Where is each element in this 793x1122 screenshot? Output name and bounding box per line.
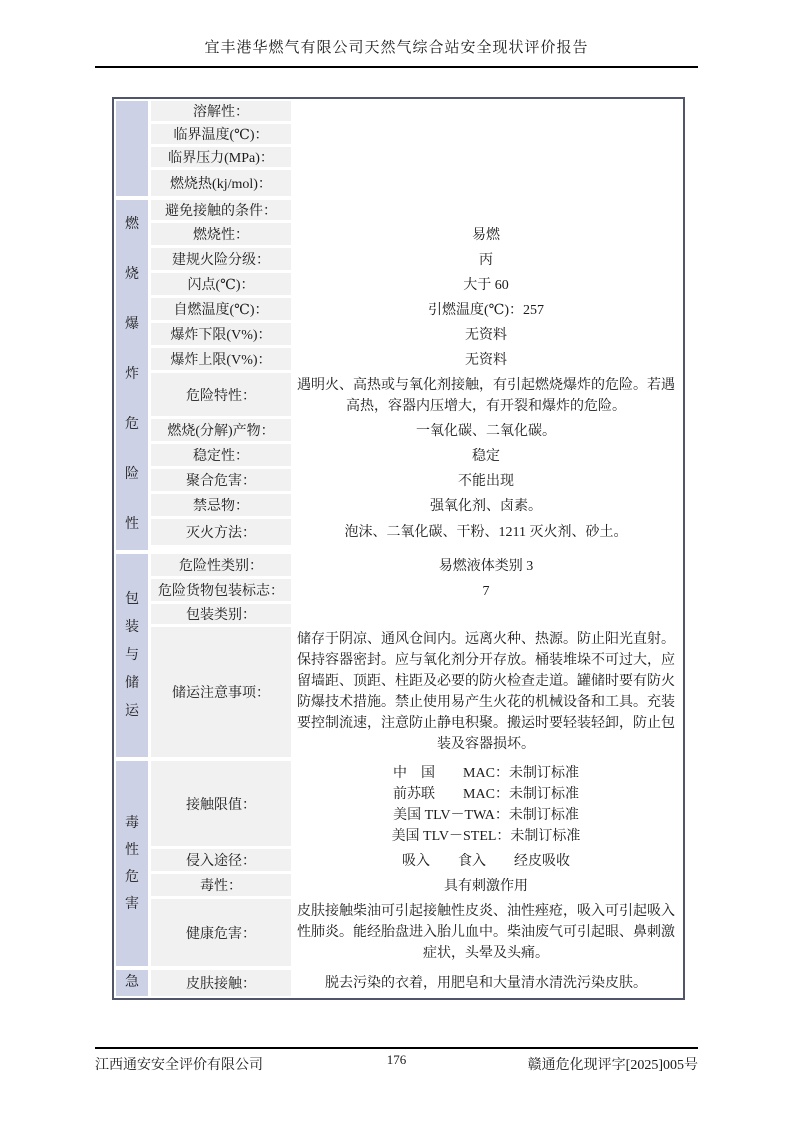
section-rows: 接触限值： 中 国 MAC：未制订标准 前苏联 MAC：未制订标准 美国 TLV… (151, 761, 681, 966)
row-value: 吸入 食入 经皮吸收 (291, 849, 681, 874)
section-category-label: 包装与储运 (125, 586, 140, 726)
row-label: 包装类别： (151, 604, 291, 627)
row-value: 大于 60 (291, 273, 681, 298)
row-value: 一氧化碳、二氧化碳。 (291, 419, 681, 444)
table-row: 燃烧性： 易燃 (151, 223, 681, 248)
table-row: 爆炸下限(V%)： 无资料 (151, 323, 681, 348)
footer-divider (95, 1047, 698, 1049)
row-label: 燃烧性： (151, 223, 291, 248)
section-category-cell: 燃烧爆炸危险性 (116, 200, 151, 550)
row-value: 7 (291, 579, 681, 604)
table-row: 接触限值： 中 国 MAC：未制订标准 前苏联 MAC：未制订标准 美国 TLV… (151, 761, 681, 849)
table-row: 溶解性： (151, 101, 681, 124)
row-label: 稳定性： (151, 444, 291, 469)
table-row: 避免接触的条件： (151, 200, 681, 223)
table-row: 闪点(℃)： 大于 60 (151, 273, 681, 298)
row-value: 丙 (291, 248, 681, 273)
row-label: 灭火方法： (151, 519, 291, 545)
row-label: 危险货物包装标志： (151, 579, 291, 604)
row-label: 燃烧(分解)产物： (151, 419, 291, 444)
row-value (291, 200, 681, 223)
section-rows: 危险性类别： 易燃液体类别 3 危险货物包装标志： 7 包装类别： 储运注意事项… (151, 554, 681, 757)
table-row: 危险性类别： 易燃液体类别 3 (151, 554, 681, 579)
table-section: 包装与储运 危险性类别： 易燃液体类别 3 危险货物包装标志： 7 包装类别： … (116, 551, 681, 757)
row-value: 稳定 (291, 444, 681, 469)
row-value: 皮肤接触柴油可引起接触性皮炎、油性痤疮，吸入可引起吸入性肺炎。能经胎盘进入胎儿血… (291, 899, 681, 966)
row-value (291, 604, 681, 627)
row-label: 聚合危害： (151, 469, 291, 494)
table-row: 健康危害： 皮肤接触柴油可引起接触性皮炎、油性痤疮，吸入可引起吸入性肺炎。能经胎… (151, 899, 681, 966)
row-label: 储运注意事项： (151, 627, 291, 757)
row-value (291, 147, 681, 170)
row-label: 燃烧热(kj/mol)： (151, 170, 291, 196)
row-label: 避免接触的条件： (151, 200, 291, 223)
row-value: 无资料 (291, 348, 681, 373)
table-row: 储运注意事项： 储存于阴凉、通风仓间内。远离火种、热源。防止阳光直射。保持容器密… (151, 627, 681, 757)
section-category-cell: 包装与储运 (116, 554, 151, 757)
row-label: 临界压力(MPa)： (151, 147, 291, 170)
table-row: 自燃温度(℃)： 引燃温度(℃)：257 (151, 298, 681, 323)
table-section: 溶解性： 临界温度(℃)： 临界压力(MPa)： 燃烧热(kj/mol)： (116, 101, 681, 196)
row-label: 危险特性： (151, 373, 291, 419)
table-section: 急 皮肤接触： 脱去污染的衣着，用肥皂和大量清水清洗污染皮肤。 (116, 967, 681, 996)
header-divider (95, 66, 698, 68)
table-row: 皮肤接触： 脱去污染的衣着，用肥皂和大量清水清洗污染皮肤。 (151, 970, 681, 996)
row-value: 易燃 (291, 223, 681, 248)
table-row: 燃烧(分解)产物： 一氧化碳、二氧化碳。 (151, 419, 681, 444)
section-rows: 避免接触的条件： 燃烧性： 易燃 建规火险分级： 丙 闪点(℃)： 大于 60 … (151, 200, 681, 550)
row-value: 无资料 (291, 323, 681, 348)
row-label: 爆炸上限(V%)： (151, 348, 291, 373)
row-value (291, 170, 681, 196)
row-label: 毒性： (151, 874, 291, 899)
row-label: 闪点(℃)： (151, 273, 291, 298)
row-value: 引燃温度(℃)：257 (291, 298, 681, 323)
footer-doc-number: 赣通危化现评字[2025]005号 (528, 1054, 698, 1074)
row-label: 自燃温度(℃)： (151, 298, 291, 323)
row-label: 禁忌物： (151, 494, 291, 519)
table-row: 稳定性： 稳定 (151, 444, 681, 469)
page-title: 宜丰港华燃气有限公司天然气综合站安全现状评价报告 (95, 36, 698, 57)
section-category-cell: 毒性危害 (116, 761, 151, 966)
row-label: 皮肤接触： (151, 970, 291, 996)
row-value (291, 101, 681, 124)
section-category-label: 燃烧爆炸危险性 (125, 200, 140, 550)
row-label: 临界温度(℃)： (151, 124, 291, 147)
table-row: 毒性： 具有刺激作用 (151, 874, 681, 899)
table-row: 危险货物包装标志： 7 (151, 579, 681, 604)
row-value: 强氧化剂、卤素。 (291, 494, 681, 519)
table-row: 建规火险分级： 丙 (151, 248, 681, 273)
table-row: 灭火方法： 泡沫、二氧化碳、干粉、1211 灭火剂、砂土。 (151, 519, 681, 545)
row-label: 爆炸下限(V%)： (151, 323, 291, 348)
table-section: 毒性危害 接触限值： 中 国 MAC：未制订标准 前苏联 MAC：未制订标准 美… (116, 758, 681, 966)
row-value: 储存于阴凉、通风仓间内。远离火种、热源。防止阳光直射。保持容器密封。应与氧化剂分… (291, 627, 681, 757)
row-label: 接触限值： (151, 761, 291, 849)
section-category-cell: 急 (116, 970, 151, 996)
section-category-cell (116, 101, 151, 196)
table-row: 侵入途径： 吸入 食入 经皮吸收 (151, 849, 681, 874)
table-row: 聚合危害： 不能出现 (151, 469, 681, 494)
section-rows: 溶解性： 临界温度(℃)： 临界压力(MPa)： 燃烧热(kj/mol)： (151, 101, 681, 196)
row-label: 健康危害： (151, 899, 291, 966)
footer-company: 江西通安安全评价有限公司 (95, 1054, 263, 1074)
row-label: 建规火险分级： (151, 248, 291, 273)
section-category-label: 急 (125, 973, 140, 993)
table-row: 禁忌物： 强氧化剂、卤素。 (151, 494, 681, 519)
row-value: 脱去污染的衣着，用肥皂和大量清水清洗污染皮肤。 (291, 970, 681, 996)
table-row: 临界温度(℃)： (151, 124, 681, 147)
row-value: 遇明火、高热或与氧化剂接触，有引起燃烧爆炸的危险。若遇高热，容器内压增大，有开裂… (291, 373, 681, 419)
table-row: 临界压力(MPa)： (151, 147, 681, 170)
section-rows: 皮肤接触： 脱去污染的衣着，用肥皂和大量清水清洗污染皮肤。 (151, 970, 681, 996)
safety-table-body: 溶解性： 临界温度(℃)： 临界压力(MPa)： 燃烧热(kj/mol)： 燃烧… (116, 101, 681, 996)
table-row: 爆炸上限(V%)： 无资料 (151, 348, 681, 373)
row-value: 不能出现 (291, 469, 681, 494)
row-value: 具有刺激作用 (291, 874, 681, 899)
row-value: 中 国 MAC：未制订标准 前苏联 MAC：未制订标准 美国 TLV－TWA：未… (291, 761, 681, 849)
row-value (291, 124, 681, 147)
section-category-label: 毒性危害 (125, 810, 140, 918)
row-label: 溶解性： (151, 101, 291, 124)
table-row: 危险特性： 遇明火、高热或与氧化剂接触，有引起燃烧爆炸的危险。若遇高热，容器内压… (151, 373, 681, 419)
row-value: 泡沫、二氧化碳、干粉、1211 灭火剂、砂土。 (291, 519, 681, 545)
table-row: 包装类别： (151, 604, 681, 627)
table-row: 燃烧热(kj/mol)： (151, 170, 681, 196)
row-label: 侵入途径： (151, 849, 291, 874)
table-section: 燃烧爆炸危险性 避免接触的条件： 燃烧性： 易燃 建规火险分级： 丙 闪点(℃)… (116, 197, 681, 550)
row-label: 危险性类别： (151, 554, 291, 579)
hazard-properties-table: 溶解性： 临界温度(℃)： 临界压力(MPa)： 燃烧热(kj/mol)： 燃烧… (112, 97, 685, 1000)
row-value: 易燃液体类别 3 (291, 554, 681, 579)
